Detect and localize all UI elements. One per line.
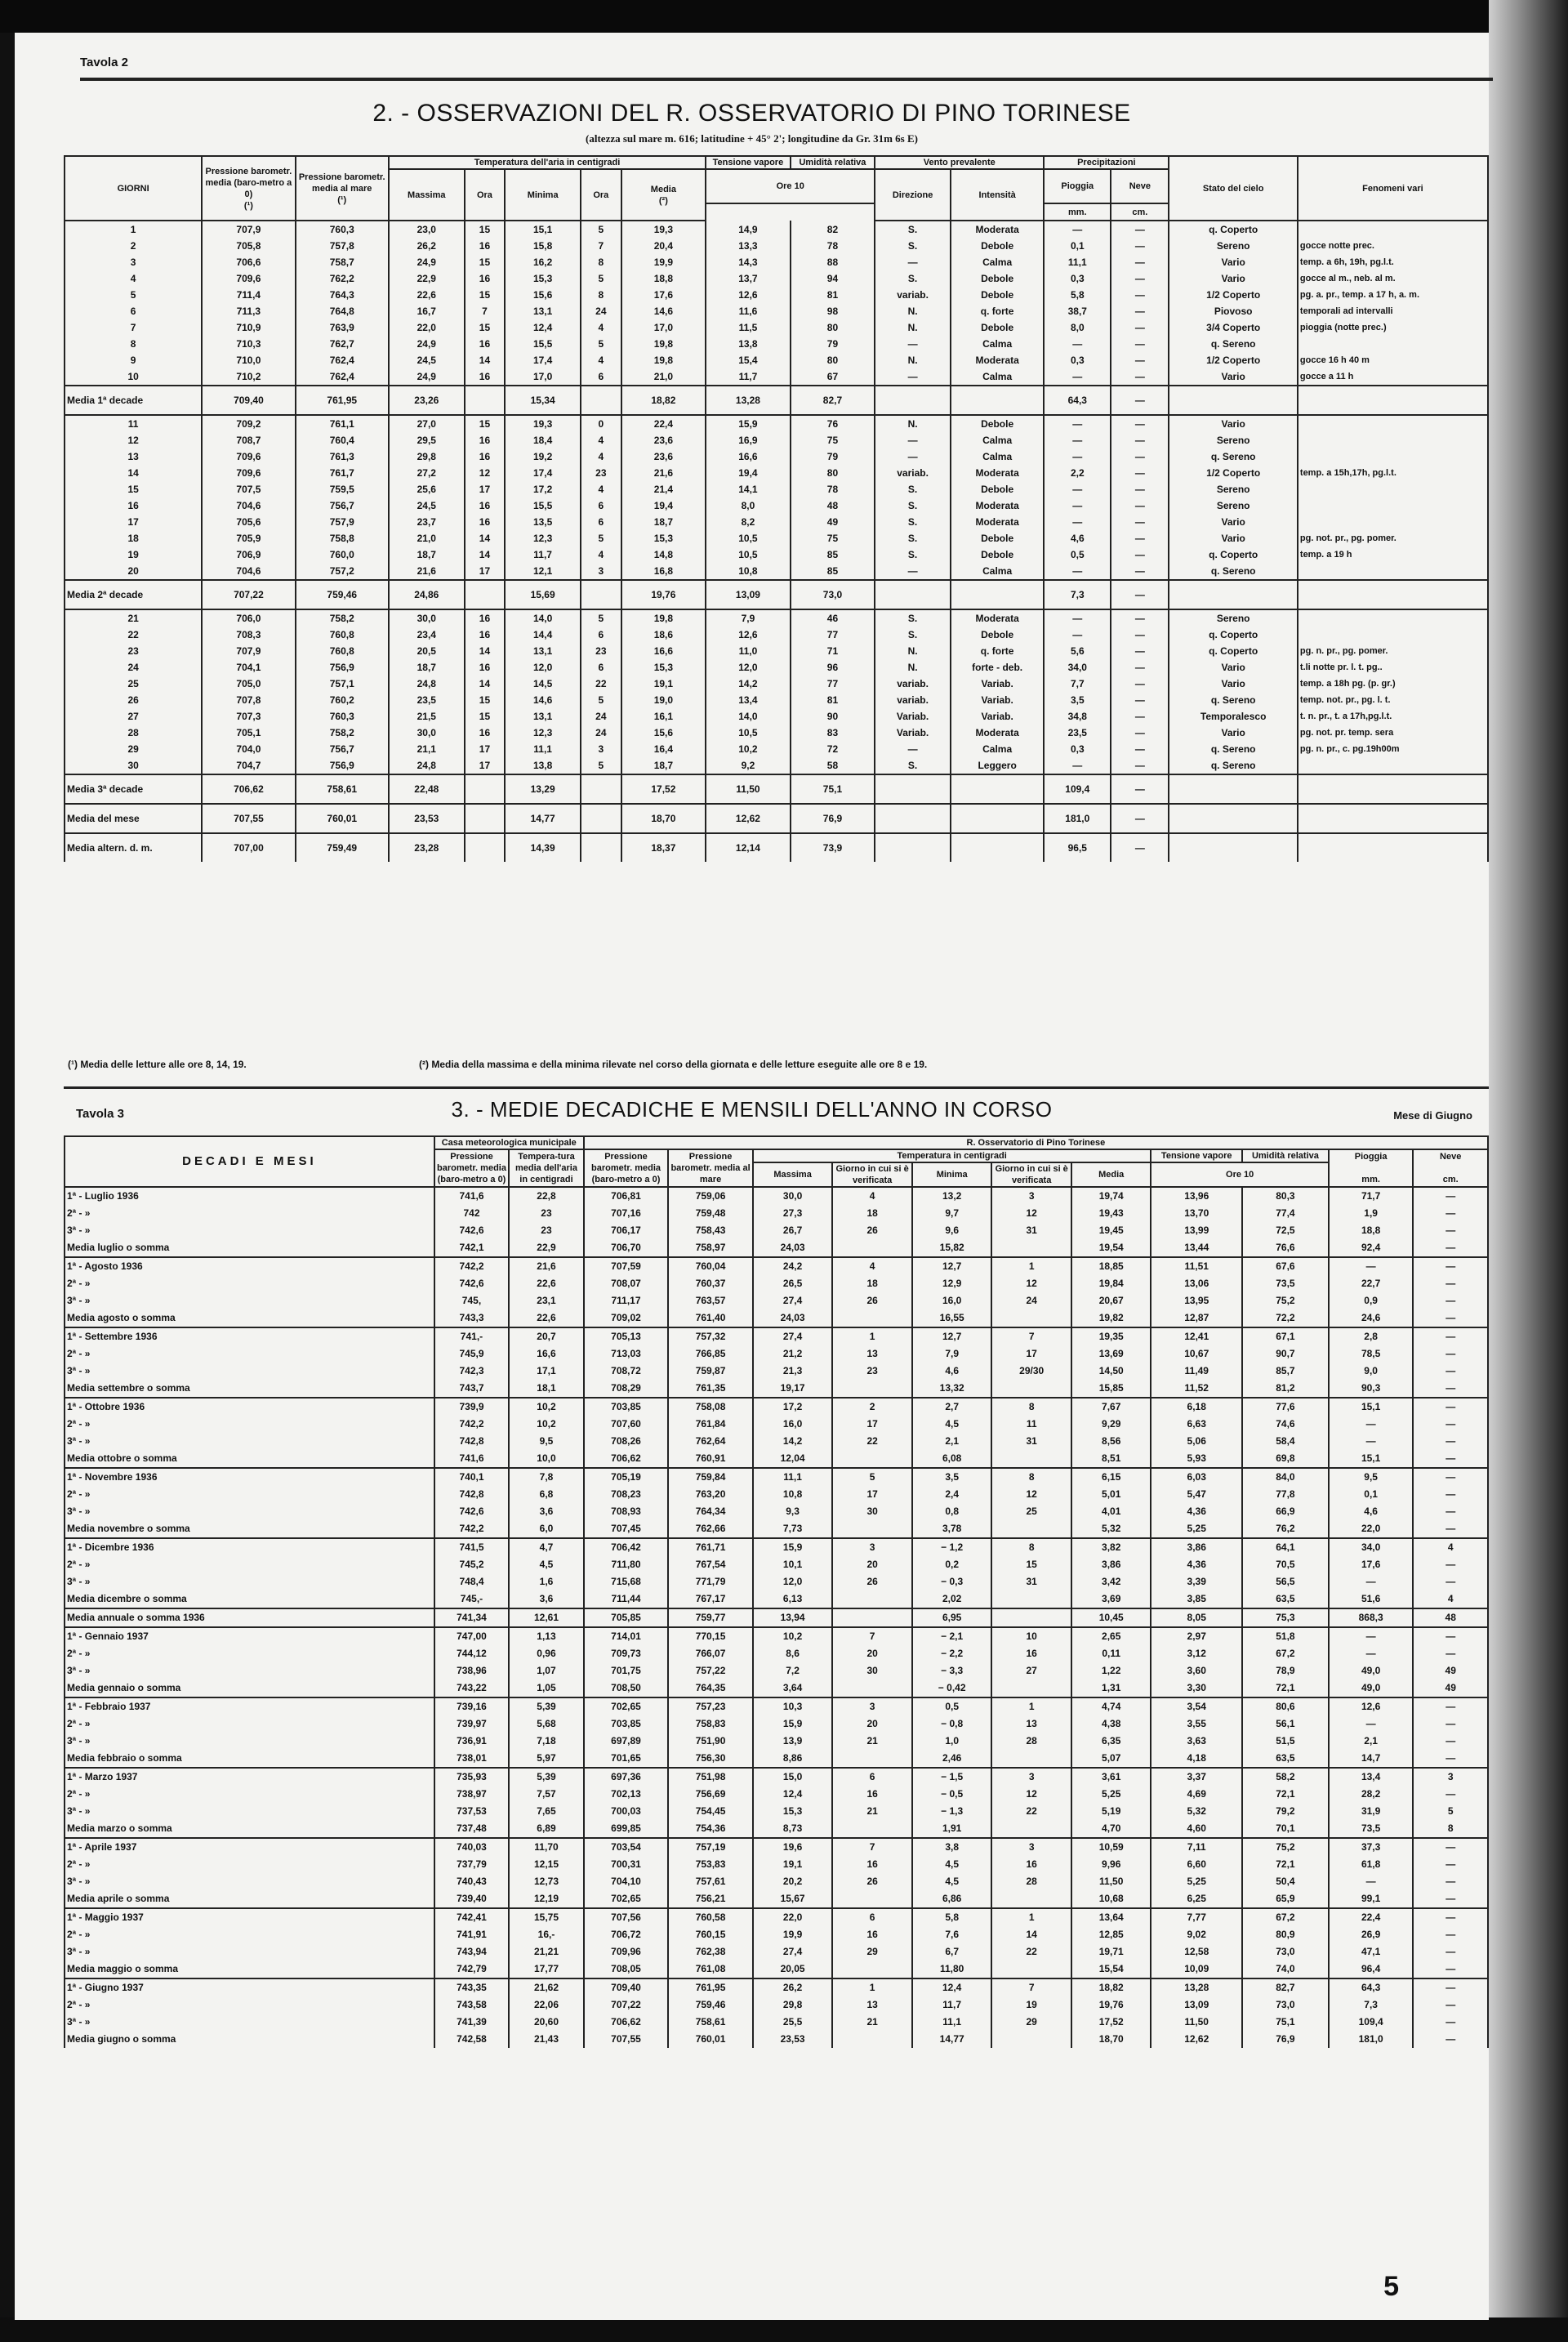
cell-omax: 16 bbox=[465, 627, 506, 643]
cell-um: 79 bbox=[791, 448, 875, 465]
cell-tens: 13,7 bbox=[706, 270, 791, 287]
cell-omin: 7 bbox=[581, 238, 621, 254]
cell-cielo: q. Coperto bbox=[1169, 546, 1297, 563]
cell: 18 bbox=[832, 1205, 912, 1222]
cell: 26,9 bbox=[1329, 1926, 1414, 1943]
cell-neve: — bbox=[1111, 774, 1169, 804]
cell-min: 13,1 bbox=[505, 643, 581, 659]
cell: 740,1 bbox=[434, 1468, 510, 1486]
cell: — bbox=[1329, 1257, 1414, 1275]
cell: 9,02 bbox=[1151, 1926, 1242, 1943]
cell: 12,41 bbox=[1151, 1327, 1242, 1345]
table-row: 2ª - »743,5822,06707,22759,4629,81311,71… bbox=[65, 1996, 1488, 2014]
cell: 3,8 bbox=[912, 1838, 992, 1856]
row-label: 3ª - » bbox=[65, 1363, 434, 1380]
cell-max: 30,0 bbox=[389, 609, 465, 627]
cell: 31 bbox=[991, 1573, 1071, 1590]
row-label: 1ª - Luglio 1936 bbox=[65, 1187, 434, 1205]
cell: 11,51 bbox=[1151, 1257, 1242, 1275]
cell-omin: 4 bbox=[581, 319, 621, 336]
col-giorno-max: Giorno in cui si è verificata bbox=[832, 1162, 912, 1187]
cell-um: 78 bbox=[791, 238, 875, 254]
cell: 90,3 bbox=[1329, 1380, 1414, 1398]
cell: 711,44 bbox=[584, 1590, 669, 1608]
table-row: 2ª - »745,24,5711,80767,5410,1200,2153,8… bbox=[65, 1556, 1488, 1573]
cell-tens: 11,50 bbox=[706, 774, 791, 804]
cell-tens: 14,3 bbox=[706, 254, 791, 270]
scan-bottom-border bbox=[0, 2317, 1568, 2342]
cell: 760,04 bbox=[668, 1257, 753, 1275]
cell-neve: — bbox=[1111, 580, 1169, 609]
summary-row: Media 3ª decade706,62758,6122,4813,2917,… bbox=[65, 774, 1488, 804]
cell: 703,54 bbox=[584, 1838, 669, 1856]
cell-max: 21,5 bbox=[389, 708, 465, 725]
cell-tens: 11,7 bbox=[706, 368, 791, 386]
cell-omin: 4 bbox=[581, 481, 621, 497]
cell: — bbox=[1413, 1363, 1488, 1380]
cell: 27 bbox=[991, 1662, 1071, 1680]
cell: 7 bbox=[832, 1627, 912, 1645]
cell: 754,36 bbox=[668, 1820, 753, 1838]
cell: 13,06 bbox=[1151, 1275, 1242, 1292]
cell: 20 bbox=[832, 1715, 912, 1733]
row-label: Media giugno o somma bbox=[65, 2031, 434, 2048]
col-vento: Vento prevalente bbox=[875, 156, 1044, 169]
cell: 697,89 bbox=[584, 1733, 669, 1750]
cell-dir: S. bbox=[875, 497, 951, 514]
cell: 745,2 bbox=[434, 1556, 510, 1573]
col-minima: Minima bbox=[505, 169, 581, 221]
row-label: Media agosto o somma bbox=[65, 1309, 434, 1327]
cell-int: Calma bbox=[951, 741, 1044, 757]
cell-pmare: 757,9 bbox=[296, 514, 389, 530]
cell: 49 bbox=[1413, 1662, 1488, 1680]
table-row: 8710,3762,724,91615,5519,813,879—Calma——… bbox=[65, 336, 1488, 352]
cell-um: 82 bbox=[791, 221, 875, 238]
cell: 18,8 bbox=[1329, 1222, 1414, 1239]
cell-max: 21,1 bbox=[389, 741, 465, 757]
rule bbox=[80, 78, 1493, 81]
cell: 703,85 bbox=[584, 1715, 669, 1733]
cell: 2,97 bbox=[1151, 1627, 1242, 1645]
cell-pmare: 764,3 bbox=[296, 287, 389, 303]
table-row: 13709,6761,329,81619,2423,616,679—Calma—… bbox=[65, 448, 1488, 465]
cell: 763,57 bbox=[668, 1292, 753, 1309]
cell-pio: — bbox=[1044, 514, 1111, 530]
cell bbox=[832, 1450, 912, 1468]
cell: 742,6 bbox=[434, 1503, 510, 1520]
cell: 23,53 bbox=[753, 2031, 833, 2048]
cell: 12,58 bbox=[1151, 1943, 1242, 1961]
col-temperatura: Temperatura dell'aria in centigradi bbox=[389, 156, 706, 169]
cell-omin: 4 bbox=[581, 432, 621, 448]
cell-omax: 17 bbox=[465, 757, 506, 774]
cell: — bbox=[1329, 1416, 1414, 1433]
row-label: 3ª - » bbox=[65, 1662, 434, 1680]
cell-omax: 16 bbox=[465, 238, 506, 254]
cell: 4,38 bbox=[1071, 1715, 1151, 1733]
cell: 741,6 bbox=[434, 1450, 510, 1468]
cell: 11,50 bbox=[1151, 2014, 1242, 2031]
cell: 6,15 bbox=[1071, 1468, 1151, 1486]
cell-neve: — bbox=[1111, 465, 1169, 481]
row-label: 1ª - Febbraio 1937 bbox=[65, 1697, 434, 1715]
col-press-mare: Pressione barometr. media al mare(¹) bbox=[296, 156, 389, 221]
cell-min: 15,8 bbox=[505, 238, 581, 254]
cell: 703,85 bbox=[584, 1398, 669, 1416]
cell-tens: 15,9 bbox=[706, 415, 791, 432]
cell: 85,7 bbox=[1242, 1363, 1329, 1380]
cell-dir bbox=[875, 386, 951, 415]
col-pioggia: Pioggiamm. bbox=[1329, 1149, 1414, 1187]
cell: 742,2 bbox=[434, 1520, 510, 1538]
cell: 704,10 bbox=[584, 1873, 669, 1890]
cell-omin: 5 bbox=[581, 530, 621, 546]
cell: — bbox=[1413, 1292, 1488, 1309]
cell-pmare: 762,4 bbox=[296, 368, 389, 386]
cell-day: 28 bbox=[65, 725, 202, 741]
cell: 11,49 bbox=[1151, 1363, 1242, 1380]
cell bbox=[991, 2031, 1071, 2048]
cell-cielo: Vario bbox=[1169, 676, 1297, 692]
cell: 76,2 bbox=[1242, 1520, 1329, 1538]
document-page: Tavola 2 2. - OSSERVAZIONI DEL R. OSSERV… bbox=[15, 33, 1489, 2320]
cell-max: 22,0 bbox=[389, 319, 465, 336]
cell: 760,58 bbox=[668, 1908, 753, 1926]
cell-omin: 24 bbox=[581, 303, 621, 319]
table-row: 1ª - Ottobre 1936739,910,2703,85758,0817… bbox=[65, 1398, 1488, 1416]
cell: 4,6 bbox=[1329, 1503, 1414, 1520]
cell-cielo: Sereno bbox=[1169, 609, 1297, 627]
cell: 25,5 bbox=[753, 2014, 833, 2031]
cell-neve: — bbox=[1111, 336, 1169, 352]
cell: 13 bbox=[832, 1345, 912, 1363]
cell: 708,72 bbox=[584, 1363, 669, 1380]
cell-day: 20 bbox=[65, 563, 202, 580]
cell-um: 82,7 bbox=[791, 386, 875, 415]
cell: 742,6 bbox=[434, 1222, 510, 1239]
summary-row: Media agosto o somma743,322,6709,02761,4… bbox=[65, 1309, 1488, 1327]
cell: — bbox=[1329, 1627, 1414, 1645]
cell-neve: — bbox=[1111, 546, 1169, 563]
cell: 699,85 bbox=[584, 1820, 669, 1838]
cell: 707,55 bbox=[584, 2031, 669, 2048]
cell: 759,48 bbox=[668, 1205, 753, 1222]
cell-neve: — bbox=[1111, 386, 1169, 415]
cell: 706,81 bbox=[584, 1187, 669, 1205]
cell-dir: — bbox=[875, 368, 951, 386]
cell: 758,97 bbox=[668, 1239, 753, 1257]
cell-med: 19,8 bbox=[621, 336, 706, 352]
cell-med: 18,6 bbox=[621, 627, 706, 643]
cell-pmare: 756,9 bbox=[296, 659, 389, 676]
cell: 12 bbox=[991, 1275, 1071, 1292]
cell-med: 17,6 bbox=[621, 287, 706, 303]
row-label: 1ª - Giugno 1937 bbox=[65, 1978, 434, 1996]
cell-cielo bbox=[1169, 580, 1297, 609]
cell-max: 30,0 bbox=[389, 725, 465, 741]
cell: 82,7 bbox=[1242, 1978, 1329, 1996]
cell: 181,0 bbox=[1329, 2031, 1414, 2048]
cell-med: 14,8 bbox=[621, 546, 706, 563]
cell-int: q. forte bbox=[951, 643, 1044, 659]
cell: 6 bbox=[832, 1908, 912, 1926]
cell: — bbox=[1413, 1556, 1488, 1573]
cell: 742,79 bbox=[434, 1961, 510, 1978]
cell-int: Leggero bbox=[951, 757, 1044, 774]
cell-fen: gocce 16 h 40 m bbox=[1298, 352, 1488, 368]
cell: 67,6 bbox=[1242, 1257, 1329, 1275]
row-label: Media febbraio o somma bbox=[65, 1750, 434, 1768]
cell-max: 24,8 bbox=[389, 676, 465, 692]
table-row: 20704,6757,221,61712,1316,810,885—Calma—… bbox=[65, 563, 1488, 580]
cell: 743,3 bbox=[434, 1309, 510, 1327]
cell: — bbox=[1413, 1450, 1488, 1468]
cell-um: 81 bbox=[791, 287, 875, 303]
cell: 5,93 bbox=[1151, 1450, 1242, 1468]
cell: 706,17 bbox=[584, 1222, 669, 1239]
cell-max: 21,0 bbox=[389, 530, 465, 546]
cell-pmare: 761,1 bbox=[296, 415, 389, 432]
cell: 707,45 bbox=[584, 1520, 669, 1538]
cell-pio: — bbox=[1044, 221, 1111, 238]
cell: 4 bbox=[1413, 1538, 1488, 1556]
cell-med: 19,4 bbox=[621, 497, 706, 514]
row-label: 2ª - » bbox=[65, 1486, 434, 1503]
cell: 3 bbox=[1413, 1768, 1488, 1786]
cell bbox=[832, 1309, 912, 1327]
cell-pm: 704,1 bbox=[202, 659, 295, 676]
cell: 766,07 bbox=[668, 1645, 753, 1662]
cell-cielo bbox=[1169, 804, 1297, 833]
cell: 7,57 bbox=[509, 1786, 584, 1803]
cell: 18,82 bbox=[1071, 1978, 1151, 1996]
cell: — bbox=[1413, 1838, 1488, 1856]
cell-int: Debole bbox=[951, 287, 1044, 303]
cell-tens: 13,3 bbox=[706, 238, 791, 254]
summary-row: Media 2ª decade707,22759,4624,8615,6919,… bbox=[65, 580, 1488, 609]
scan-left-border bbox=[0, 33, 15, 2342]
cell-min: 14,39 bbox=[505, 833, 581, 862]
cell: 700,03 bbox=[584, 1803, 669, 1820]
cell bbox=[832, 1820, 912, 1838]
cell: 15,1 bbox=[1329, 1398, 1414, 1416]
cell: — bbox=[1413, 1239, 1488, 1257]
cell-med: 19,8 bbox=[621, 609, 706, 627]
cell-fen: t.li notte pr. l. t. pg.. bbox=[1298, 659, 1488, 676]
summary-row: Media marzo o somma737,486,89699,85754,3… bbox=[65, 1820, 1488, 1838]
table-row: 3ª - »742,89,5708,26762,6414,2222,1318,5… bbox=[65, 1433, 1488, 1450]
cell: 73,0 bbox=[1242, 1996, 1329, 2014]
cell: 16,0 bbox=[912, 1292, 992, 1309]
cell: 65,9 bbox=[1242, 1890, 1329, 1908]
cell: 22,6 bbox=[509, 1309, 584, 1327]
cell-um: 80 bbox=[791, 352, 875, 368]
cell: 24,03 bbox=[753, 1239, 833, 1257]
cell: 13,28 bbox=[1151, 1978, 1242, 1996]
cell: — bbox=[1413, 1715, 1488, 1733]
cell-cielo: q. Coperto bbox=[1169, 627, 1297, 643]
cell: 738,97 bbox=[434, 1786, 510, 1803]
cell: 12,6 bbox=[1329, 1697, 1414, 1715]
cell-day: Media 3ª decade bbox=[65, 774, 202, 804]
cell: 31,9 bbox=[1329, 1803, 1414, 1820]
cell-omin: 3 bbox=[581, 741, 621, 757]
cell-pmare: 760,3 bbox=[296, 708, 389, 725]
cell-dir: N. bbox=[875, 659, 951, 676]
cell-tens: 8,2 bbox=[706, 514, 791, 530]
cell-cielo: 1/2 Coperto bbox=[1169, 287, 1297, 303]
cell: 80,6 bbox=[1242, 1697, 1329, 1715]
cell-max: 24,8 bbox=[389, 757, 465, 774]
table-row: 27707,3760,321,51513,12416,114,090Variab… bbox=[65, 708, 1488, 725]
cell: 48 bbox=[1413, 1608, 1488, 1627]
cell-day: 7 bbox=[65, 319, 202, 336]
cell bbox=[991, 1750, 1071, 1768]
row-label: Media aprile o somma bbox=[65, 1890, 434, 1908]
cell-pm: 707,00 bbox=[202, 833, 295, 862]
cell: 6,18 bbox=[1151, 1398, 1242, 1416]
table-row: 17705,6757,923,71613,5618,78,249S.Modera… bbox=[65, 514, 1488, 530]
cell-max: 23,26 bbox=[389, 386, 465, 415]
cell-cielo: q. Coperto bbox=[1169, 221, 1297, 238]
cell-int: Calma bbox=[951, 432, 1044, 448]
cell: 12,04 bbox=[753, 1450, 833, 1468]
table-row: 25705,0757,124,81414,52219,114,277variab… bbox=[65, 676, 1488, 692]
cell: 23,1 bbox=[509, 1292, 584, 1309]
cell: 3,6 bbox=[509, 1503, 584, 1520]
cell-med: 18,7 bbox=[621, 514, 706, 530]
cell: 12 bbox=[991, 1486, 1071, 1503]
cell: 9,5 bbox=[509, 1433, 584, 1450]
cell-neve: — bbox=[1111, 643, 1169, 659]
summary-row: Media settembre o somma743,718,1708,2976… bbox=[65, 1380, 1488, 1398]
cell-fen: pioggia (notte prec.) bbox=[1298, 319, 1488, 336]
cell-um: 94 bbox=[791, 270, 875, 287]
cell: 5,47 bbox=[1151, 1486, 1242, 1503]
cell-int: Calma bbox=[951, 336, 1044, 352]
cell-min: 14,5 bbox=[505, 676, 581, 692]
cell: 18,70 bbox=[1071, 2031, 1151, 2048]
cell: 762,38 bbox=[668, 1943, 753, 1961]
cell: 7 bbox=[832, 1838, 912, 1856]
cell-dir: — bbox=[875, 448, 951, 465]
row-label: 1ª - Agosto 1936 bbox=[65, 1257, 434, 1275]
summary-row: Media febbraio o somma738,015,97701,6575… bbox=[65, 1750, 1488, 1768]
row-label: 1ª - Ottobre 1936 bbox=[65, 1398, 434, 1416]
cell-omax: 16 bbox=[465, 609, 506, 627]
col-ore10: Ore 10 bbox=[1151, 1162, 1328, 1187]
cell: 4,6 bbox=[912, 1363, 992, 1380]
cell: 708,07 bbox=[584, 1275, 669, 1292]
cell: 17,6 bbox=[1329, 1556, 1414, 1573]
table-row: 2ª - »739,975,68703,85758,8315,920− 0,81… bbox=[65, 1715, 1488, 1733]
cell: 11 bbox=[991, 1416, 1071, 1433]
cell bbox=[832, 1680, 912, 1697]
cell-fen: pg. a. pr., temp. a 17 h, a. m. bbox=[1298, 287, 1488, 303]
cell: 741,5 bbox=[434, 1538, 510, 1556]
cell: 12,4 bbox=[753, 1786, 833, 1803]
cell-dir: N. bbox=[875, 352, 951, 368]
cell: 764,34 bbox=[668, 1503, 753, 1520]
cell-max: 23,5 bbox=[389, 692, 465, 708]
row-label: Media settembre o somma bbox=[65, 1380, 434, 1398]
cell: — bbox=[1413, 1873, 1488, 1890]
col-media: Media(²) bbox=[621, 169, 706, 221]
cell: 742,1 bbox=[434, 1239, 510, 1257]
cell-pm: 707,55 bbox=[202, 804, 295, 833]
cell: 3 bbox=[832, 1538, 912, 1556]
cell-cielo: q. Sereno bbox=[1169, 741, 1297, 757]
cell-pmare: 762,7 bbox=[296, 336, 389, 352]
cell: 19 bbox=[991, 1996, 1071, 2014]
table-row: 3ª - »742,63,6708,93764,349,3300,8254,01… bbox=[65, 1503, 1488, 1520]
cell-min: 15,5 bbox=[505, 336, 581, 352]
cell-pm: 706,0 bbox=[202, 609, 295, 627]
cell-pio: — bbox=[1044, 368, 1111, 386]
row-label: 1ª - Dicembre 1936 bbox=[65, 1538, 434, 1556]
cell: − 0,42 bbox=[912, 1680, 992, 1697]
cell: 67,2 bbox=[1242, 1645, 1329, 1662]
cell: 3,82 bbox=[1071, 1538, 1151, 1556]
cell-day: 24 bbox=[65, 659, 202, 676]
cell-dir: S. bbox=[875, 546, 951, 563]
row-label: 3ª - » bbox=[65, 1222, 434, 1239]
row-label: Media gennaio o somma bbox=[65, 1680, 434, 1697]
cell: 19,43 bbox=[1071, 1205, 1151, 1222]
row-label: 3ª - » bbox=[65, 1943, 434, 1961]
cell-max: 24,9 bbox=[389, 368, 465, 386]
table-row: 16704,6756,724,51615,5619,48,048S.Modera… bbox=[65, 497, 1488, 514]
cell-max: 29,5 bbox=[389, 432, 465, 448]
cell: 763,20 bbox=[668, 1486, 753, 1503]
cell-day: 29 bbox=[65, 741, 202, 757]
cell: — bbox=[1413, 1257, 1488, 1275]
cell: 22,8 bbox=[509, 1187, 584, 1205]
cell-omax: 15 bbox=[465, 319, 506, 336]
cell-max: 26,2 bbox=[389, 238, 465, 254]
cell: 13,70 bbox=[1151, 1205, 1242, 1222]
cell-max: 27,0 bbox=[389, 415, 465, 432]
cell-pio: 96,5 bbox=[1044, 833, 1111, 862]
cell-tens: 12,6 bbox=[706, 627, 791, 643]
cell: 11,52 bbox=[1151, 1380, 1242, 1398]
cell-omin: 5 bbox=[581, 692, 621, 708]
scan-right-border bbox=[1489, 0, 1568, 2342]
col-direzione: Direzione bbox=[875, 169, 951, 221]
cell-int: Debole bbox=[951, 415, 1044, 432]
cell-fen: pg. not. pr. temp. sera bbox=[1298, 725, 1488, 741]
cell-min: 18,4 bbox=[505, 432, 581, 448]
cell-pm: 709,2 bbox=[202, 415, 295, 432]
cell-med: 19,0 bbox=[621, 692, 706, 708]
cell: 707,56 bbox=[584, 1908, 669, 1926]
cell-pio: — bbox=[1044, 415, 1111, 432]
cell: 10 bbox=[991, 1627, 1071, 1645]
cell: 5,19 bbox=[1071, 1803, 1151, 1820]
footnote-2: (²) Media della massima e della minima r… bbox=[419, 1059, 927, 1070]
cell-omin: 6 bbox=[581, 514, 621, 530]
cell: — bbox=[1413, 1398, 1488, 1416]
cell-med: 19,1 bbox=[621, 676, 706, 692]
cell: 2,8 bbox=[1329, 1327, 1414, 1345]
cell-um: 75,1 bbox=[791, 774, 875, 804]
cell: 5,25 bbox=[1151, 1520, 1242, 1538]
cell-cielo: 1/2 Coperto bbox=[1169, 465, 1297, 481]
cell: 15,85 bbox=[1071, 1380, 1151, 1398]
cell: 713,03 bbox=[584, 1345, 669, 1363]
table-row: 3ª - »742,317,1708,72759,8721,3234,629/3… bbox=[65, 1363, 1488, 1380]
